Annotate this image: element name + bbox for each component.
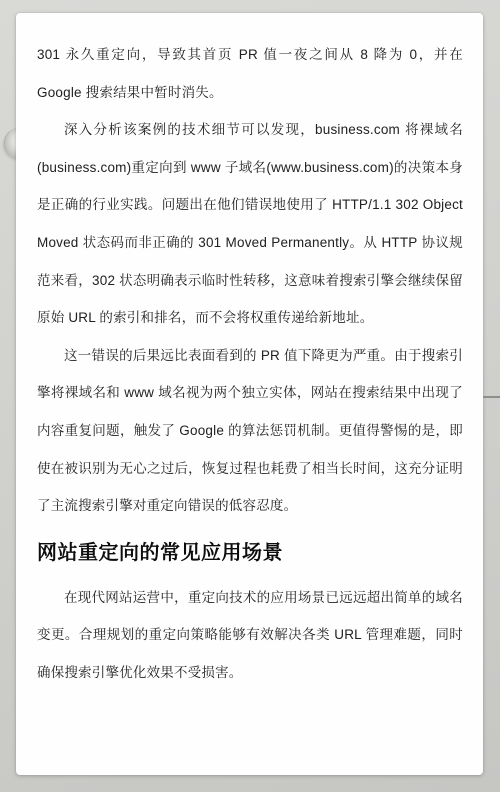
body-paragraph: 在现代网站运营中，重定向技术的应用场景已远远超出简单的域名变更。合理规划的重定向…	[37, 579, 463, 692]
page-seam-line	[483, 396, 500, 398]
body-paragraph: 301 永久重定向，导致其首页 PR 值一夜之间从 8 降为 0，并在 Goog…	[37, 36, 463, 111]
section-heading: 网站重定向的常见应用场景	[37, 539, 463, 567]
body-paragraph: 这一错误的后果远比表面看到的 PR 值下降更为严重。由于搜索引擎将裸域名和 ww…	[37, 337, 463, 525]
document-page: 301 永久重定向，导致其首页 PR 值一夜之间从 8 降为 0，并在 Goog…	[16, 13, 483, 775]
viewer-background: 301 永久重定向，导致其首页 PR 值一夜之间从 8 降为 0，并在 Goog…	[0, 0, 500, 792]
body-paragraph: 深入分析该案例的技术细节可以发现，business.com 将裸域名(busin…	[37, 111, 463, 337]
